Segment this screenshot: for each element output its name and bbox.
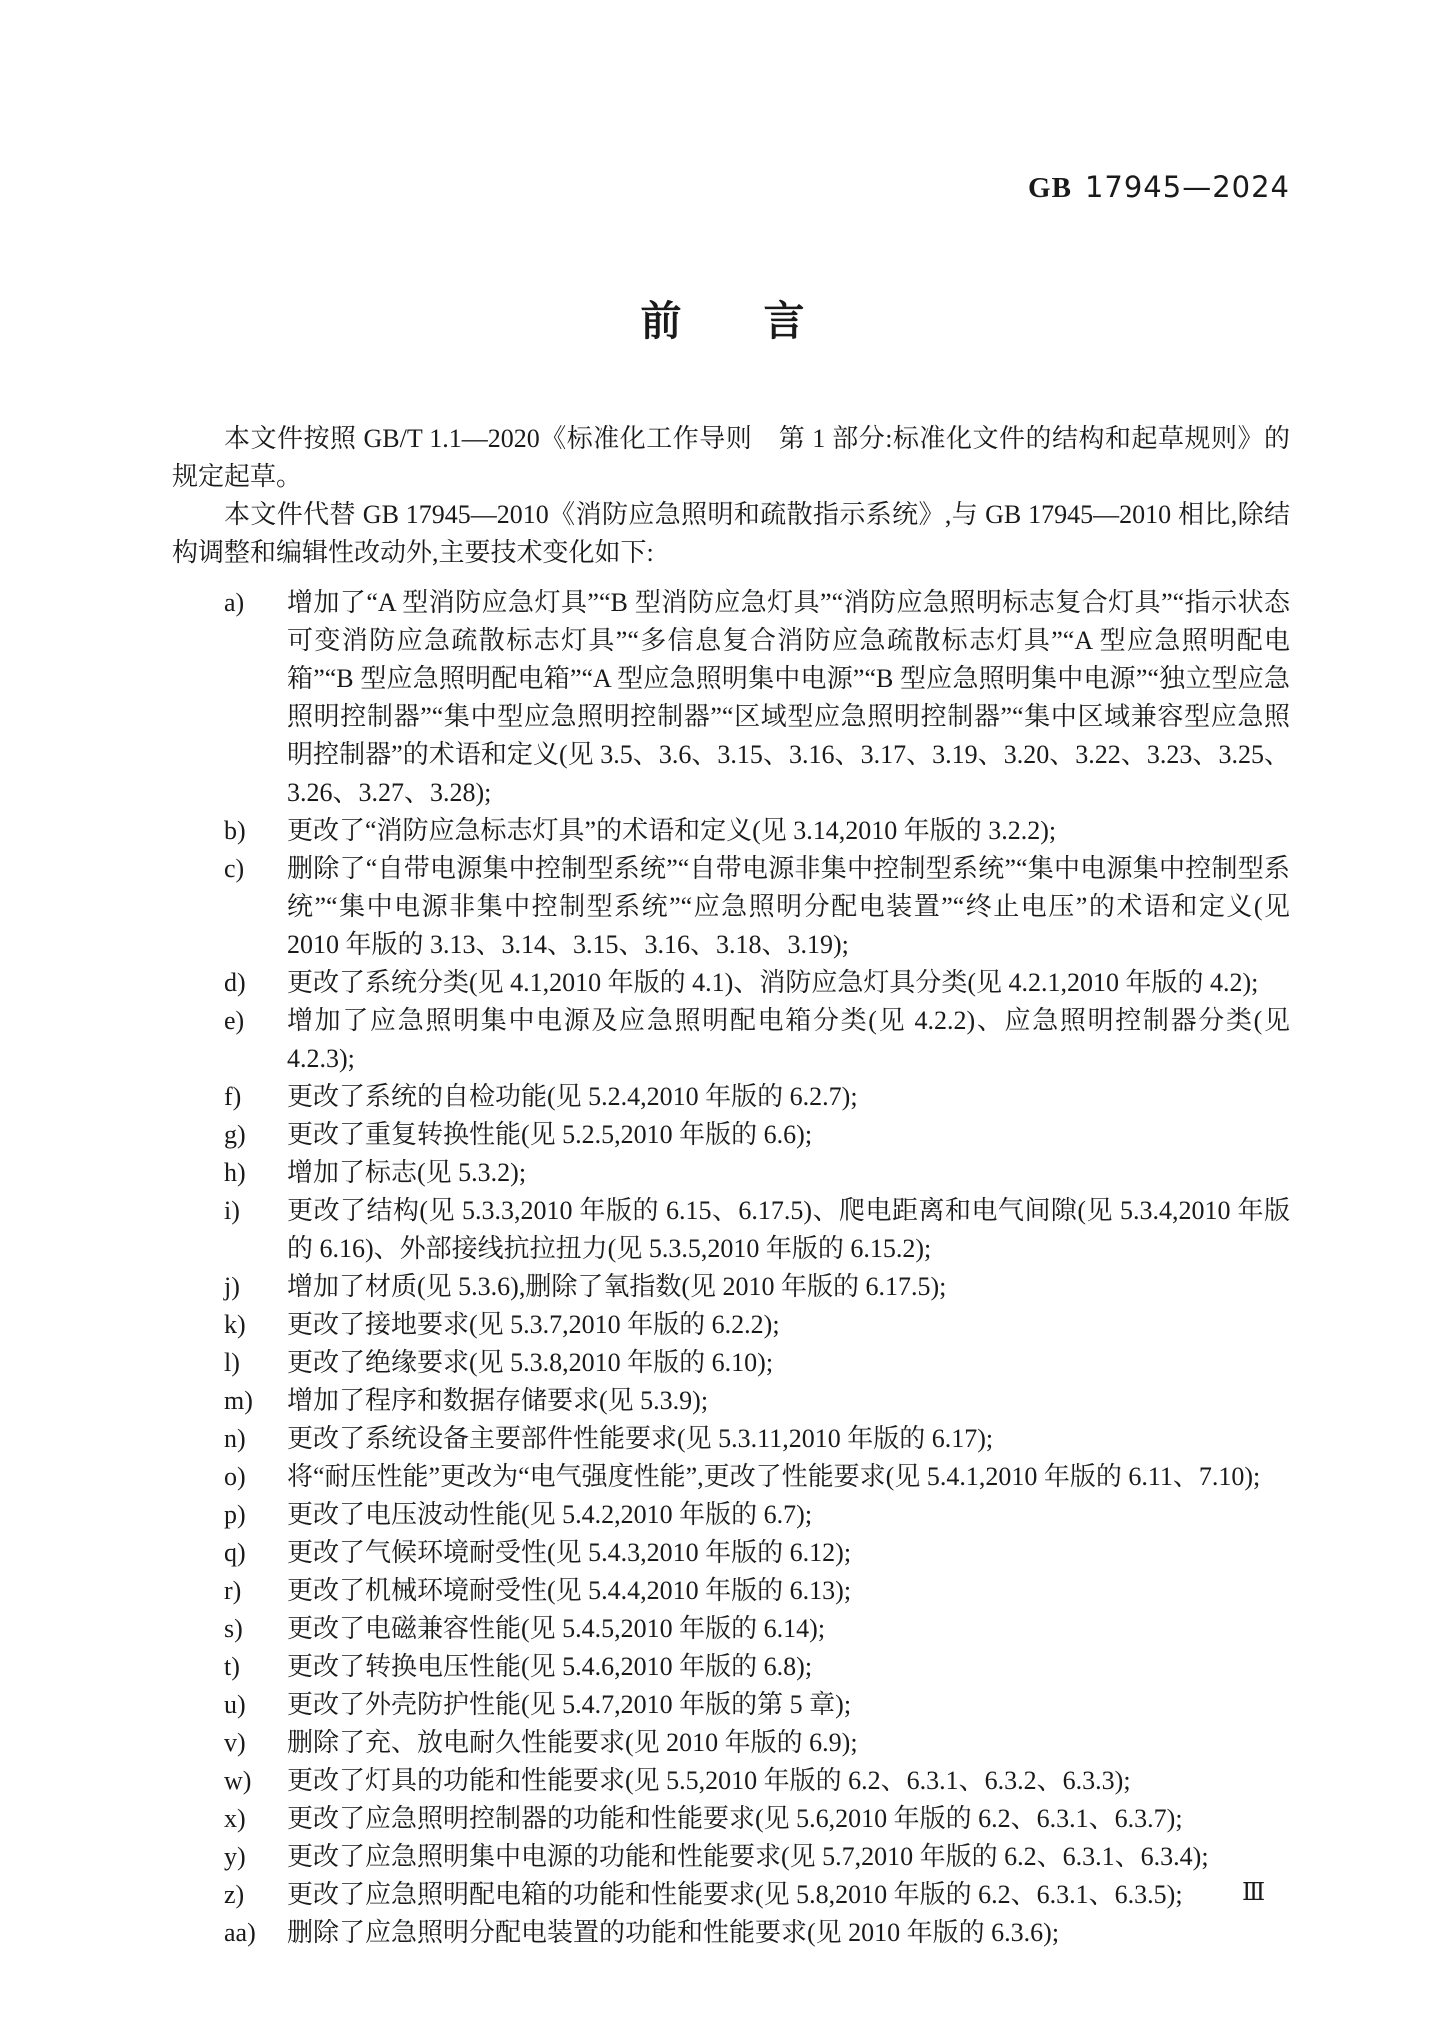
item-text: 删除了“自带电源集中控制型系统”“自带电源非集中控制型系统”“集中电源集中控制型… — [287, 850, 1290, 964]
paragraphs: 本文件按照 GB/T 1.1—2020《标准化工作导则 第 1 部分:标准化文件… — [172, 420, 1290, 572]
foreword-content: 本文件按照 GB/T 1.1—2020《标准化工作导则 第 1 部分:标准化文件… — [172, 420, 1290, 1952]
document-page: GB17945—2024 前 言 本文件按照 GB/T 1.1—2020《标准化… — [0, 0, 1445, 2044]
list-item: u) 更改了外壳防护性能(见 5.4.7,2010 年版的第 5 章); — [172, 1686, 1290, 1724]
item-text: 更改了转换电压性能(见 5.4.6,2010 年版的 6.8); — [287, 1648, 1290, 1686]
item-text: 更改了“消防应急标志灯具”的术语和定义(见 3.14,2010 年版的 3.2.… — [287, 812, 1290, 850]
list-item: w) 更改了灯具的功能和性能要求(见 5.5,2010 年版的 6.2、6.3.… — [172, 1762, 1290, 1800]
list-item: z) 更改了应急照明配电箱的功能和性能要求(见 5.8,2010 年版的 6.2… — [172, 1876, 1290, 1914]
item-text: 更改了重复转换性能(见 5.2.5,2010 年版的 6.6); — [287, 1116, 1290, 1154]
item-text: 更改了绝缘要求(见 5.3.8,2010 年版的 6.10); — [287, 1344, 1290, 1382]
item-text: 更改了接地要求(见 5.3.7,2010 年版的 6.2.2); — [287, 1306, 1290, 1344]
item-label: k) — [224, 1306, 287, 1344]
list-item: r) 更改了机械环境耐受性(见 5.4.4,2010 年版的 6.13); — [172, 1572, 1290, 1610]
paragraph: 本文件按照 GB/T 1.1—2020《标准化工作导则 第 1 部分:标准化文件… — [172, 420, 1290, 496]
list-item: l) 更改了绝缘要求(见 5.3.8,2010 年版的 6.10); — [172, 1344, 1290, 1382]
item-text: 更改了系统设备主要部件性能要求(见 5.3.11,2010 年版的 6.17); — [287, 1420, 1290, 1458]
change-list: a) 增加了“A 型消防应急灯具”“B 型消防应急灯具”“消防应急照明标志复合灯… — [172, 584, 1290, 1952]
item-label: r) — [224, 1572, 287, 1610]
item-label: t) — [224, 1648, 287, 1686]
list-item: p) 更改了电压波动性能(见 5.4.2,2010 年版的 6.7); — [172, 1496, 1290, 1534]
list-item: f) 更改了系统的自检功能(见 5.2.4,2010 年版的 6.2.7); — [172, 1078, 1290, 1116]
item-text: 更改了外壳防护性能(见 5.4.7,2010 年版的第 5 章); — [287, 1686, 1290, 1724]
item-text: 将“耐压性能”更改为“电气强度性能”,更改了性能要求(见 5.4.1,2010 … — [287, 1458, 1290, 1496]
item-text: 更改了系统分类(见 4.1,2010 年版的 4.1)、消防应急灯具分类(见 4… — [287, 964, 1290, 1002]
item-label: g) — [224, 1116, 287, 1154]
item-label: b) — [224, 812, 287, 850]
item-text: 增加了标志(见 5.3.2); — [287, 1154, 1290, 1192]
item-label: h) — [224, 1154, 287, 1192]
item-label: o) — [224, 1458, 287, 1496]
standard-code: 17945—2024 — [1085, 170, 1290, 204]
list-item: k) 更改了接地要求(见 5.3.7,2010 年版的 6.2.2); — [172, 1306, 1290, 1344]
list-item: t) 更改了转换电压性能(见 5.4.6,2010 年版的 6.8); — [172, 1648, 1290, 1686]
list-item: h) 增加了标志(见 5.3.2); — [172, 1154, 1290, 1192]
item-label: f) — [224, 1078, 287, 1116]
list-item: i) 更改了结构(见 5.3.3,2010 年版的 6.15、6.17.5)、爬… — [172, 1192, 1290, 1268]
list-item: b) 更改了“消防应急标志灯具”的术语和定义(见 3.14,2010 年版的 3… — [172, 812, 1290, 850]
item-label: p) — [224, 1496, 287, 1534]
item-text: 更改了系统的自检功能(见 5.2.4,2010 年版的 6.2.7); — [287, 1078, 1290, 1116]
list-item: n) 更改了系统设备主要部件性能要求(见 5.3.11,2010 年版的 6.1… — [172, 1420, 1290, 1458]
standard-number: GB17945—2024 — [1028, 170, 1290, 205]
list-item: aa) 删除了应急照明分配电装置的功能和性能要求(见 2010 年版的 6.3.… — [172, 1914, 1290, 1952]
item-text: 更改了结构(见 5.3.3,2010 年版的 6.15、6.17.5)、爬电距离… — [287, 1192, 1290, 1268]
item-label: u) — [224, 1686, 287, 1724]
list-item: x) 更改了应急照明控制器的功能和性能要求(见 5.6,2010 年版的 6.2… — [172, 1800, 1290, 1838]
list-item: c) 删除了“自带电源集中控制型系统”“自带电源非集中控制型系统”“集中电源集中… — [172, 850, 1290, 964]
item-text: 更改了应急照明配电箱的功能和性能要求(见 5.8,2010 年版的 6.2、6.… — [287, 1876, 1290, 1914]
item-label: j) — [224, 1268, 287, 1306]
item-text: 更改了机械环境耐受性(见 5.4.4,2010 年版的 6.13); — [287, 1572, 1290, 1610]
item-text: 增加了材质(见 5.3.6),删除了氧指数(见 2010 年版的 6.17.5)… — [287, 1268, 1290, 1306]
item-label: z) — [224, 1876, 287, 1914]
list-item: y) 更改了应急照明集中电源的功能和性能要求(见 5.7,2010 年版的 6.… — [172, 1838, 1290, 1876]
item-text: 删除了应急照明分配电装置的功能和性能要求(见 2010 年版的 6.3.6); — [287, 1914, 1290, 1952]
item-text: 更改了应急照明集中电源的功能和性能要求(见 5.7,2010 年版的 6.2、6… — [287, 1838, 1290, 1876]
page-title: 前 言 — [0, 288, 1445, 347]
standard-prefix: GB — [1028, 172, 1072, 204]
item-label: d) — [224, 964, 287, 1002]
list-item: q) 更改了气候环境耐受性(见 5.4.3,2010 年版的 6.12); — [172, 1534, 1290, 1572]
item-text: 更改了应急照明控制器的功能和性能要求(见 5.6,2010 年版的 6.2、6.… — [287, 1800, 1290, 1838]
item-text: 更改了灯具的功能和性能要求(见 5.5,2010 年版的 6.2、6.3.1、6… — [287, 1762, 1290, 1800]
item-label: c) — [224, 850, 287, 888]
item-text: 增加了程序和数据存储要求(见 5.3.9); — [287, 1382, 1290, 1420]
item-text: 更改了电磁兼容性能(见 5.4.5,2010 年版的 6.14); — [287, 1610, 1290, 1648]
list-item: m) 增加了程序和数据存储要求(见 5.3.9); — [172, 1382, 1290, 1420]
list-item: a) 增加了“A 型消防应急灯具”“B 型消防应急灯具”“消防应急照明标志复合灯… — [172, 584, 1290, 812]
item-label: q) — [224, 1534, 287, 1572]
item-label: m) — [224, 1382, 287, 1420]
item-text: 删除了充、放电耐久性能要求(见 2010 年版的 6.9); — [287, 1724, 1290, 1762]
item-label: n) — [224, 1420, 287, 1458]
item-text: 增加了“A 型消防应急灯具”“B 型消防应急灯具”“消防应急照明标志复合灯具”“… — [287, 584, 1290, 812]
item-label: y) — [224, 1838, 287, 1876]
item-label: e) — [224, 1002, 287, 1040]
list-item: v) 删除了充、放电耐久性能要求(见 2010 年版的 6.9); — [172, 1724, 1290, 1762]
item-label: l) — [224, 1344, 287, 1382]
list-item: g) 更改了重复转换性能(见 5.2.5,2010 年版的 6.6); — [172, 1116, 1290, 1154]
item-label: v) — [224, 1724, 287, 1762]
item-label: w) — [224, 1762, 287, 1800]
item-label: a) — [224, 584, 287, 622]
item-label: x) — [224, 1800, 287, 1838]
page-number: Ⅲ — [1242, 1878, 1265, 1907]
item-label: i) — [224, 1192, 287, 1230]
list-item: o) 将“耐压性能”更改为“电气强度性能”,更改了性能要求(见 5.4.1,20… — [172, 1458, 1290, 1496]
list-item: s) 更改了电磁兼容性能(见 5.4.5,2010 年版的 6.14); — [172, 1610, 1290, 1648]
item-text: 更改了电压波动性能(见 5.4.2,2010 年版的 6.7); — [287, 1496, 1290, 1534]
list-item: d) 更改了系统分类(见 4.1,2010 年版的 4.1)、消防应急灯具分类(… — [172, 964, 1290, 1002]
list-item: j) 增加了材质(见 5.3.6),删除了氧指数(见 2010 年版的 6.17… — [172, 1268, 1290, 1306]
paragraph: 本文件代替 GB 17945—2010《消防应急照明和疏散指示系统》,与 GB … — [172, 496, 1290, 572]
item-label: aa) — [224, 1914, 287, 1952]
item-text: 更改了气候环境耐受性(见 5.4.3,2010 年版的 6.12); — [287, 1534, 1290, 1572]
list-item: e) 增加了应急照明集中电源及应急照明配电箱分类(见 4.2.2)、应急照明控制… — [172, 1002, 1290, 1078]
item-label: s) — [224, 1610, 287, 1648]
item-text: 增加了应急照明集中电源及应急照明配电箱分类(见 4.2.2)、应急照明控制器分类… — [287, 1002, 1290, 1078]
